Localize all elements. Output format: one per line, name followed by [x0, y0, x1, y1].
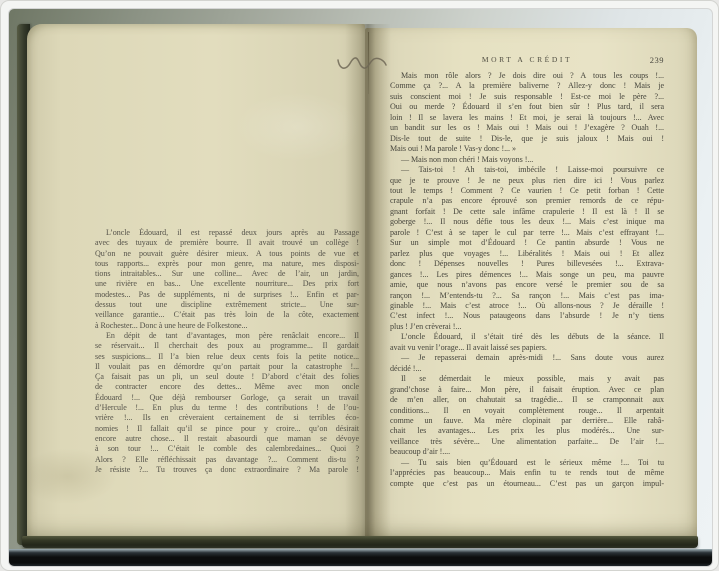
- text-line: à Rochester... Donc à une heure de Folke…: [95, 321, 359, 331]
- text-line: plus ! J’en crèverai !...: [390, 322, 664, 332]
- text-line: d’Hercule !... En plus du terme ! des co…: [95, 403, 359, 413]
- text-line: chait les avantages... Les prix les plus…: [390, 426, 664, 436]
- text-line: gances !... Les pires démences !... Mais…: [390, 270, 664, 280]
- text-line: grand’chose à faire... Mon père, il fais…: [390, 385, 664, 395]
- text-line: veillance garantie... C’était pas très l…: [95, 310, 359, 320]
- text-line: tions intraitables... Sur une colline...…: [95, 269, 359, 279]
- table-edge: [9, 549, 712, 566]
- text-line: un bandit sur les os ! Mais oui ! Mais o…: [390, 123, 664, 133]
- text-line: veillance très sévère... Une alimentatio…: [390, 437, 664, 447]
- text-line: suis conscient moi ! Je suis responsable…: [390, 92, 664, 102]
- text-line: conditions... Il en voyait complètement …: [390, 406, 664, 416]
- right-page: MORT A CRÉDIT 239 Mais mon rôle alors ? …: [365, 28, 697, 538]
- text-line: de m’en aller, on chahutait sa tragédie.…: [390, 395, 664, 405]
- handwritten-squiggle-mark: [334, 51, 392, 75]
- text-line: modestes... Pas de suppléments, ni de su…: [95, 290, 359, 300]
- text-line: Mais mon rôle alors ? Je dois dire oui ?…: [390, 71, 664, 81]
- right-page-text: Mais mon rôle alors ? Je dois dire oui ?…: [390, 71, 664, 491]
- text-line: Il se démerdait le mieux possible, mais …: [390, 374, 664, 384]
- text-line: Comme ça ?... A la première baliverne ? …: [390, 81, 664, 91]
- photo-frame: L’oncle Édouard, il est repassé deux jou…: [0, 0, 719, 571]
- text-line: ses suspicions... Il l’a bien relue deux…: [95, 352, 359, 362]
- text-line: — Je repasserai demain après-midi !... S…: [390, 353, 664, 363]
- left-page: L’oncle Édouard, il est repassé deux jou…: [27, 24, 365, 538]
- text-line: Sur un simple mot d’Édouard ! Ce pantin …: [390, 238, 664, 248]
- text-line: — Tais-toi ! Ah tais-toi, imbécile ! Lai…: [390, 165, 664, 175]
- text-line: compte que c’est pas un étourneau... C’e…: [390, 479, 664, 489]
- book-bottom-edge: [22, 536, 698, 548]
- text-line: que je te prouve ! Je ne peux plus rien …: [390, 176, 664, 186]
- running-header: MORT A CRÉDIT 239: [390, 55, 664, 67]
- text-line: En dépit de tant d’avantages, mon père r…: [95, 331, 359, 341]
- text-line: L’oncle Édouard, il est repassé deux jou…: [95, 228, 359, 238]
- text-line: amie, que nous n’avons pas encore versé …: [390, 280, 664, 290]
- text-line: goberge !... Il nous défie tous les deux…: [390, 217, 664, 227]
- text-line: beaucoup d’air !....: [390, 447, 664, 457]
- text-line: donc ! Dépenses nouvelles ! Pures billev…: [390, 259, 664, 269]
- text-line: vrière !... Ils en crèveraient certainem…: [95, 413, 359, 423]
- book-photo: L’oncle Édouard, il est repassé deux jou…: [9, 9, 712, 566]
- text-line: dessus tout une discipline extrêmement s…: [95, 300, 359, 310]
- text-line: Qu’on ne pouvait guère désirer mieux. A …: [95, 249, 359, 259]
- text-line: décidé !...: [390, 364, 664, 374]
- text-line: une rivière en bas... Une excellente nou…: [95, 279, 359, 289]
- text-line: à son tour !... C’était le comble des ca…: [95, 444, 359, 454]
- text-line: Oui ou merde ? Édouard il s’en fout bien…: [390, 102, 664, 112]
- text-line: gnant forfait ! De cette sale infâme cra…: [390, 207, 664, 217]
- text-line: parlez plus que voyages !... Libéralités…: [390, 249, 664, 259]
- text-line: crapule n’a pas encore éprouvé son premi…: [390, 196, 664, 206]
- text-line: Ça faisait pas un pli, un seul doute ! D…: [95, 372, 359, 382]
- text-line: encore autre chose... Il restait abasour…: [95, 434, 359, 444]
- text-line: — Mais non mon chéri ! Mais voyons !...: [390, 155, 664, 165]
- text-line: parole ! C’est à se taper le cul par ter…: [390, 228, 664, 238]
- text-line: l’apprécies pas beaucoup... Mais enfin t…: [390, 468, 664, 478]
- text-line: de contracter encore des dettes... Même …: [95, 382, 359, 392]
- text-line: tous rapports... exprès pour mon genre, …: [95, 259, 359, 269]
- text-line: rançon !... M’entends-tu ?... Sa rançon …: [390, 291, 664, 301]
- text-line: comme un fauve. Ma mère clopinait par de…: [390, 416, 664, 426]
- text-line: Édouard !... Que déjà rembourser Gorloge…: [95, 393, 359, 403]
- text-line: Alors ? Elle réfléchissait pas davantage…: [95, 455, 359, 465]
- page-header-title: MORT A CRÉDIT: [482, 55, 572, 64]
- open-book: L’oncle Édouard, il est repassé deux jou…: [9, 9, 712, 566]
- text-line: loin ! Il se lavera les mains ! Et moi, …: [390, 113, 664, 123]
- text-line: avec des tuyaux de première bourre. Il a…: [95, 238, 359, 248]
- text-line: Il voulait pas en démordre qu’on partait…: [95, 362, 359, 372]
- text-line: se réservait... Il cherchait des poux au…: [95, 341, 359, 351]
- left-page-text: L’oncle Édouard, il est repassé deux jou…: [95, 228, 359, 478]
- text-line: L’oncle Édouard, il s’était tiré dès les…: [390, 332, 664, 342]
- text-line: nomies ! Il fallait qu’il se pince pour …: [95, 424, 359, 434]
- text-line: — Tu sais bien qu’Édouard est le sérieux…: [390, 458, 664, 468]
- text-line: Mais oui ! Ma parole ! Vas-y donc !... »: [390, 144, 664, 154]
- text-line: tout le temps ! Comment ? Ce vaurien ! C…: [390, 186, 664, 196]
- text-line: Dis-le tout de suite ! Dis-le, que je su…: [390, 134, 664, 144]
- text-line: Je résiste ?... Tu trouves ça donc extra…: [95, 465, 359, 475]
- text-line: avait vu venir l’orage... Il avait laiss…: [390, 343, 664, 353]
- text-line: ginable !... Mais c’est atroce !... Où a…: [390, 301, 664, 311]
- page-number: 239: [650, 55, 664, 65]
- text-line: C’est infect !... Nous pataugeons dans l…: [390, 311, 664, 321]
